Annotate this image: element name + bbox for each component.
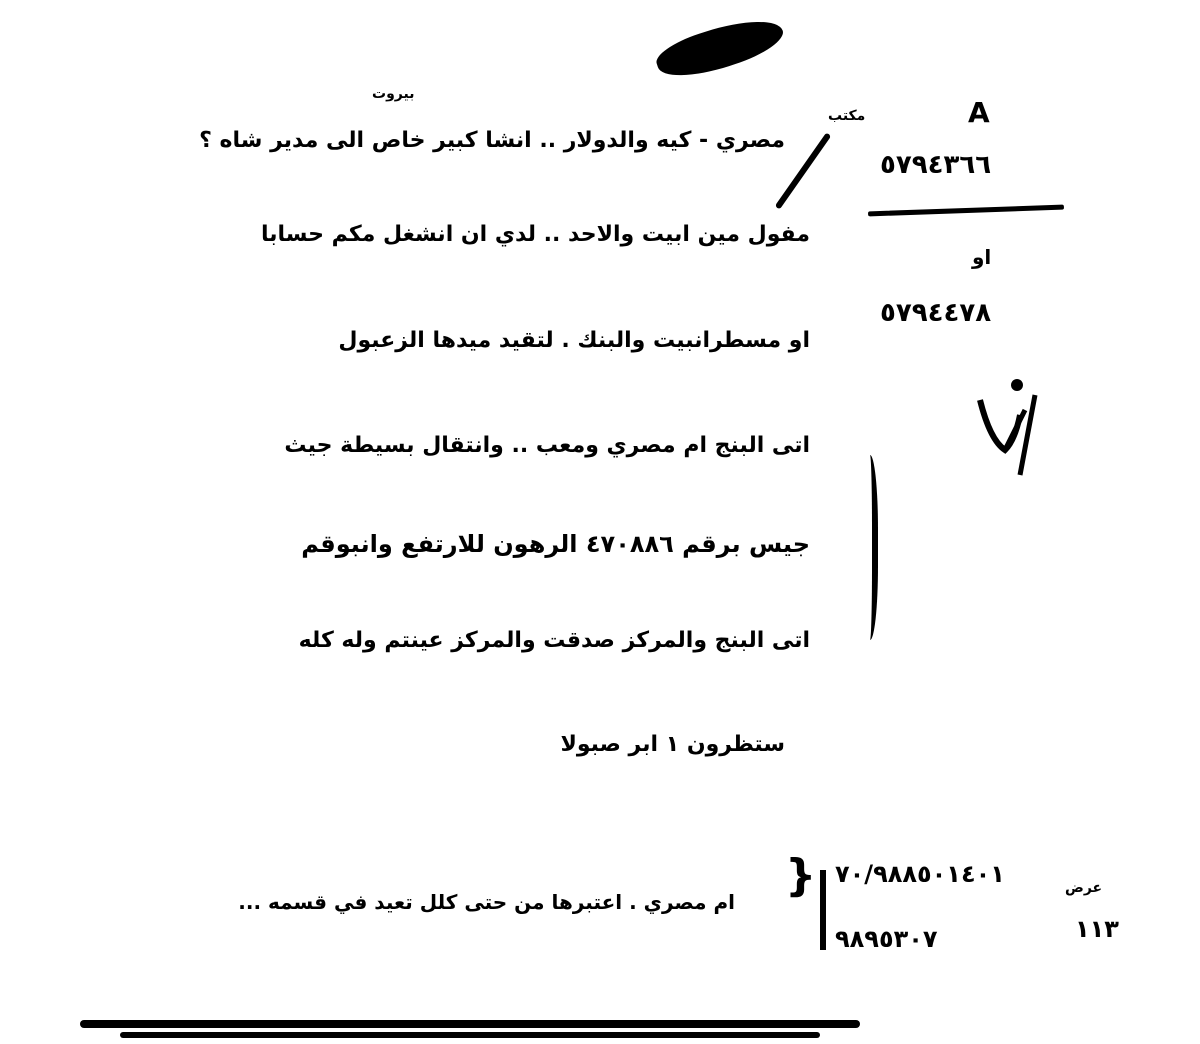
header-mark: A [968,96,990,129]
scanned-document-page: بيروت مكتب A ٥٧٩٤٣٦٦ او ٥٧٩٤٤٧٨ مصري - ك… [0,0,1200,1044]
body-line-4: اتى البنج ام مصري ومعب .. وانتقال بسيطة … [284,433,810,458]
annotation-above-line1: بيروت [372,86,414,102]
body-line-2: مفول مين ابيت والاحد .. لدي ان انشغل مكم… [261,222,810,247]
footer-phone-1: ٧٠/٩٨٨٥٠١٤٠١ [835,860,1005,888]
scribbled-out-mark [652,9,788,87]
body-line-1: مصري - كيه والدولار .. انشا كبير خاص الى… [199,128,785,153]
footer-brace: } [785,850,816,901]
body-line-3: او مسطرانبيت والبنك . لتقيد ميدها الزعبو… [338,328,810,353]
footer-text: ام مصري . اعتبرها من حتى كلل تعيد في قسم… [238,890,735,914]
phones-bracket [820,870,834,950]
body-line-6: اتى البنج والمركز صدقت والمركز عينتم وله… [299,628,810,653]
divider-line [868,205,1064,217]
annotation-above-slash: مكتب [828,108,865,124]
side-number: ١١٣ [1075,915,1119,943]
bottom-strike-line [80,1020,860,1028]
side-bracket [858,455,878,640]
phone-number-alternate: ٥٧٩٤٤٧٨ [880,298,991,328]
footer-phone-2: ٩٨٩٥٣٠٧ [835,925,938,953]
or-label: او [972,245,991,269]
signature-mark [975,370,1045,480]
body-line-5: جيس برقم ٤٧٠٨٨٦ الرهون للارتفع وانبوقم [301,530,810,558]
side-label: عرض [1065,880,1102,896]
phone-number-primary: ٥٧٩٤٣٦٦ [880,150,991,180]
bottom-strike-line-2 [120,1032,820,1038]
body-line-7: ستظرون ١ ابر صبولا [560,732,785,757]
